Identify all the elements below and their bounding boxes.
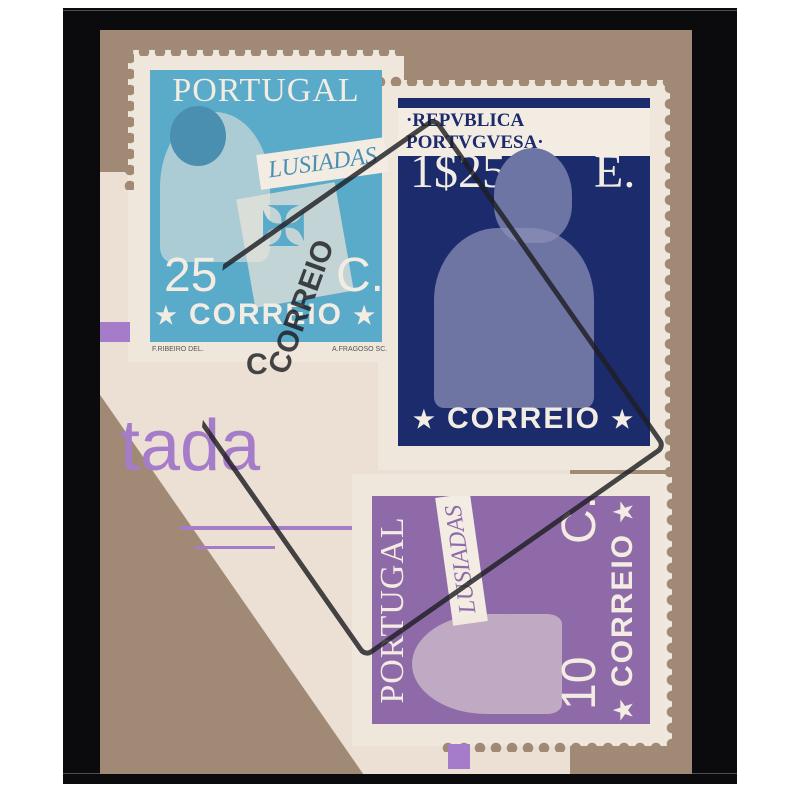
stamp-value-unit: E. [594, 144, 635, 199]
stamp-value: 25 [164, 248, 217, 303]
mount-edge-line [63, 10, 737, 11]
perforation-bottom [440, 740, 670, 752]
star-icon: ★ [155, 303, 179, 330]
star-icon: ★ [611, 697, 638, 721]
laurel-head-icon [170, 106, 226, 166]
perforation-right [662, 80, 676, 480]
lusiadas-figure [412, 614, 562, 714]
perforation-right [664, 480, 678, 750]
envelope-purple-mark [100, 322, 130, 342]
postmark-text: C [246, 348, 268, 382]
perforation-top [372, 74, 672, 86]
star-icon: ★ [611, 499, 638, 523]
perforation-top [120, 44, 410, 56]
stamp-imprint-left: F.RIBEIRO DEL. [152, 346, 204, 353]
stamp-country: PORTUGAL [172, 72, 359, 110]
stamp-value: 10 [552, 657, 607, 710]
stamp-service-label: ★ CORREIO ★ [606, 496, 640, 724]
envelope-underline [195, 546, 275, 549]
perforation-left [122, 50, 134, 190]
envelope-purple-mark [448, 744, 470, 769]
cross-of-christ-icon: ✠ [492, 572, 557, 619]
